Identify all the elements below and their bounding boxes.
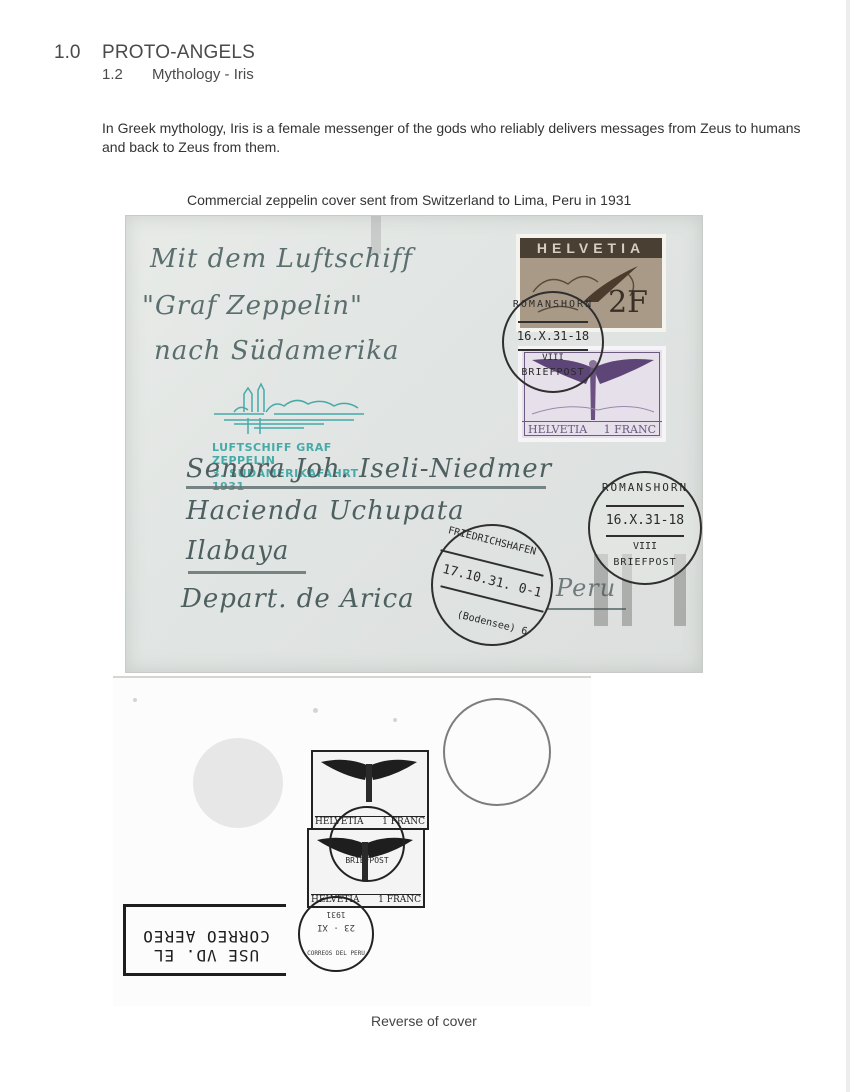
front-caption: Commercial zeppelin cover sent from Swit… [187,192,631,208]
postmark-correos-del-peru: 23 · XI 1931 CORREOS DEL PERU [298,896,374,972]
postmark-bottom: BRIEFPOST [504,367,602,378]
postmark-sub: VIII [590,541,700,552]
section-number: 1.0 [54,42,80,64]
city-skyline-icon [204,376,374,436]
address-line: Ilabaya [186,536,289,566]
subsection-title: Mythology - Iris [152,66,254,83]
stamp-label: HELVETIA 1 FRANC [522,421,662,438]
handwritten-line: nach Südamerika [154,336,400,366]
address-line: Senora Joh. Iseli-Niedmer [186,454,552,484]
postmark-romanshorn: ROMANSHORN 16.X.31-18 VIII BRIEFPOST [588,471,702,585]
postmark-date: 16.X.31-18 [504,329,602,343]
postmark-friedrichshafen: FRIEDRICHSHAFEN 17.10.31. 0-1 (Bodensee)… [431,524,553,646]
postmark-date: 23 · XI [300,922,372,932]
section-title: PROTO-ANGELS [102,42,255,64]
postmark-date: 17.10.31. 0-1 [433,560,551,603]
stamp-value: 2F [608,285,648,320]
handwritten-line: Mit dem Luftschiff [150,244,413,274]
stamp-value: 1 FRANC [604,422,656,438]
airmail-instruction-box: USE VD. EL CORREO AEREO [123,904,286,976]
postmark-town: ROMANSHORN [504,299,602,310]
intro-paragraph: In Greek mythology, Iris is a female mes… [102,119,812,157]
back-caption: Reverse of cover [371,1013,477,1029]
winged-iris-icon [319,758,419,802]
airmail-line: CORREO AEREO [126,927,286,946]
address-line: Depart. de Arica [181,584,415,614]
airmail-line: USE VD. EL [126,946,286,965]
stamp-country: HELVETIA [520,238,662,258]
cover-front-image: Mit dem Luftschiff "Graf Zeppelin" nach … [125,215,703,673]
page-edge [846,0,850,1092]
postmark-town: CORREOS DEL PERU [300,950,372,957]
postmark-year: 1931 [300,910,372,919]
postmark-date: 16.X.31-18 [590,513,700,528]
cover-back-image: HELVETIA 1 FRANC HELVETIA 1 FRANC BRIEFP… [113,676,591,1006]
stamp-value: 1 FRANC [378,895,421,905]
stamp-country: HELVETIA [528,422,587,438]
postmark-bottom: BRIEFPOST [590,557,700,568]
postmark-town: ROMANSHORN [590,481,700,494]
postmark-sub: VIII [504,353,602,363]
faint-postmark-correo-aereo [443,698,551,806]
faint-postmark [193,738,283,828]
postmark-briefpost-reverse: BRIEFPOST [329,806,405,882]
postmark-romanshorn: ROMANSHORN 16.X.31-18 VIII BRIEFPOST [502,291,604,393]
postmark-town: FRIEDRICHSHAFEN [433,522,550,561]
handwritten-line: "Graf Zeppelin" [142,291,363,321]
address-line: Hacienda Uchupata [186,496,465,526]
subsection-number: 1.2 [102,66,123,83]
